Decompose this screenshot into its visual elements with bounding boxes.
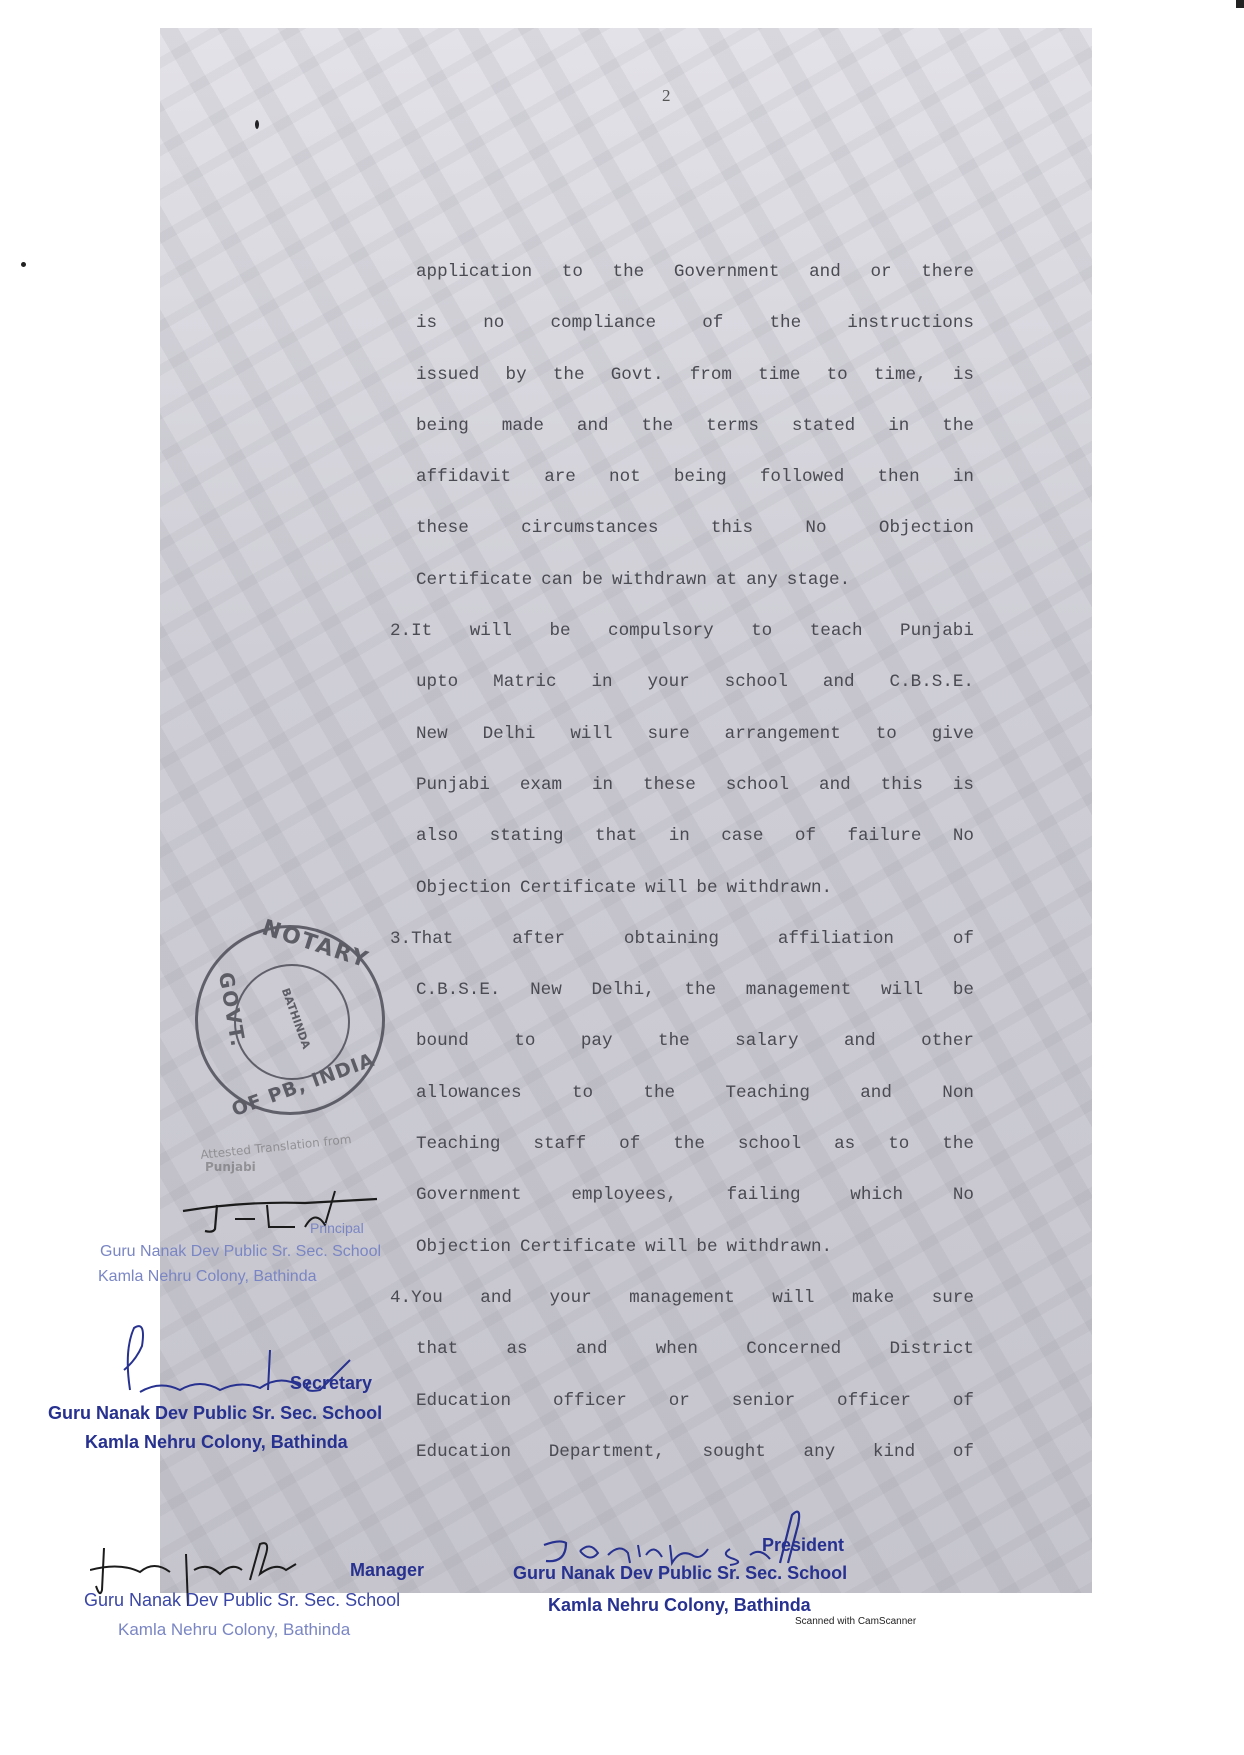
body-line: boundtopaythesalaryandother xyxy=(416,1031,974,1082)
scan-speck xyxy=(1236,0,1244,8)
principal-address: Kamla Nehru Colony, Bathinda xyxy=(98,1268,317,1286)
body-line: NewDelhiwillsurearrangementtogive xyxy=(416,724,974,775)
document-body: applicationtotheGovernmentandorthereisno… xyxy=(416,262,974,1493)
body-line: beingmadeandthetermsstatedinthe xyxy=(416,416,974,467)
body-line: Certificatecanbewithdrawnatanystage. xyxy=(416,570,974,621)
body-line: Educationofficerorseniorofficerof xyxy=(416,1391,974,1442)
manager-role: Manager xyxy=(350,1560,424,1581)
scan-speck xyxy=(21,262,26,267)
manager-school: Guru Nanak Dev Public Sr. Sec. School xyxy=(84,1590,400,1611)
body-line: affidavitarenotbeingfollowedthenin xyxy=(416,467,974,518)
body-line: issuedbytheGovt.fromtimetotime,is xyxy=(416,365,974,416)
page-number: 2 xyxy=(662,86,671,106)
secretary-address: Kamla Nehru Colony, Bathinda xyxy=(85,1432,348,1453)
principal-role: Principal xyxy=(310,1220,364,1236)
body-line: 3.Thatafterobtainingaffiliationof xyxy=(390,929,974,980)
president-role: President xyxy=(762,1535,844,1556)
body-line: alsostatingthatincaseoffailureNo xyxy=(416,826,974,877)
president-address: Kamla Nehru Colony, Bathinda xyxy=(548,1595,811,1616)
attest-note-line2: Punjabi xyxy=(205,1160,256,1174)
body-line: applicationtotheGovernmentandorthere xyxy=(416,262,974,313)
body-line: Punjabiexamintheseschoolandthisis xyxy=(416,775,974,826)
body-line: allowancestotheTeachingandNon xyxy=(416,1083,974,1134)
body-line: thatasandwhenConcernedDistrict xyxy=(416,1339,974,1390)
body-line: Teachingstaffoftheschoolastothe xyxy=(416,1134,974,1185)
body-line: thesecircumstancesthisNoObjection xyxy=(416,518,974,569)
body-line: uptoMatricinyourschoolandC.B.S.E. xyxy=(416,672,974,723)
body-line: 4.Youandyourmanagementwillmakesure xyxy=(390,1288,974,1339)
manager-address: Kamla Nehru Colony, Bathinda xyxy=(118,1620,350,1640)
camscanner-watermark: Scanned with CamScanner xyxy=(795,1616,916,1627)
principal-school: Guru Nanak Dev Public Sr. Sec. School xyxy=(100,1243,381,1261)
secretary-role: Secretary xyxy=(290,1373,372,1394)
body-line: ObjectionCertificatewillbewithdrawn. xyxy=(416,1237,974,1288)
body-line: ObjectionCertificatewillbewithdrawn. xyxy=(416,878,974,929)
notary-stamp: NOTARY GOVT. OF PB, INDIA BATHINDA xyxy=(195,925,385,1115)
body-line: Governmentemployees,failingwhichNo xyxy=(416,1185,974,1236)
secretary-school: Guru Nanak Dev Public Sr. Sec. School xyxy=(48,1403,382,1424)
body-line: EducationDepartment,soughtanykindof xyxy=(416,1442,974,1493)
body-line: isnocomplianceoftheinstructions xyxy=(416,313,974,364)
body-line: 2.ItwillbecompulsorytoteachPunjabi xyxy=(390,621,974,672)
principal-signature xyxy=(175,1185,385,1245)
president-school: Guru Nanak Dev Public Sr. Sec. School xyxy=(513,1563,847,1584)
scan-speck xyxy=(255,120,259,129)
body-line: C.B.S.E.NewDelhi,themanagementwillbe xyxy=(416,980,974,1031)
secretary-signature xyxy=(100,1320,380,1410)
